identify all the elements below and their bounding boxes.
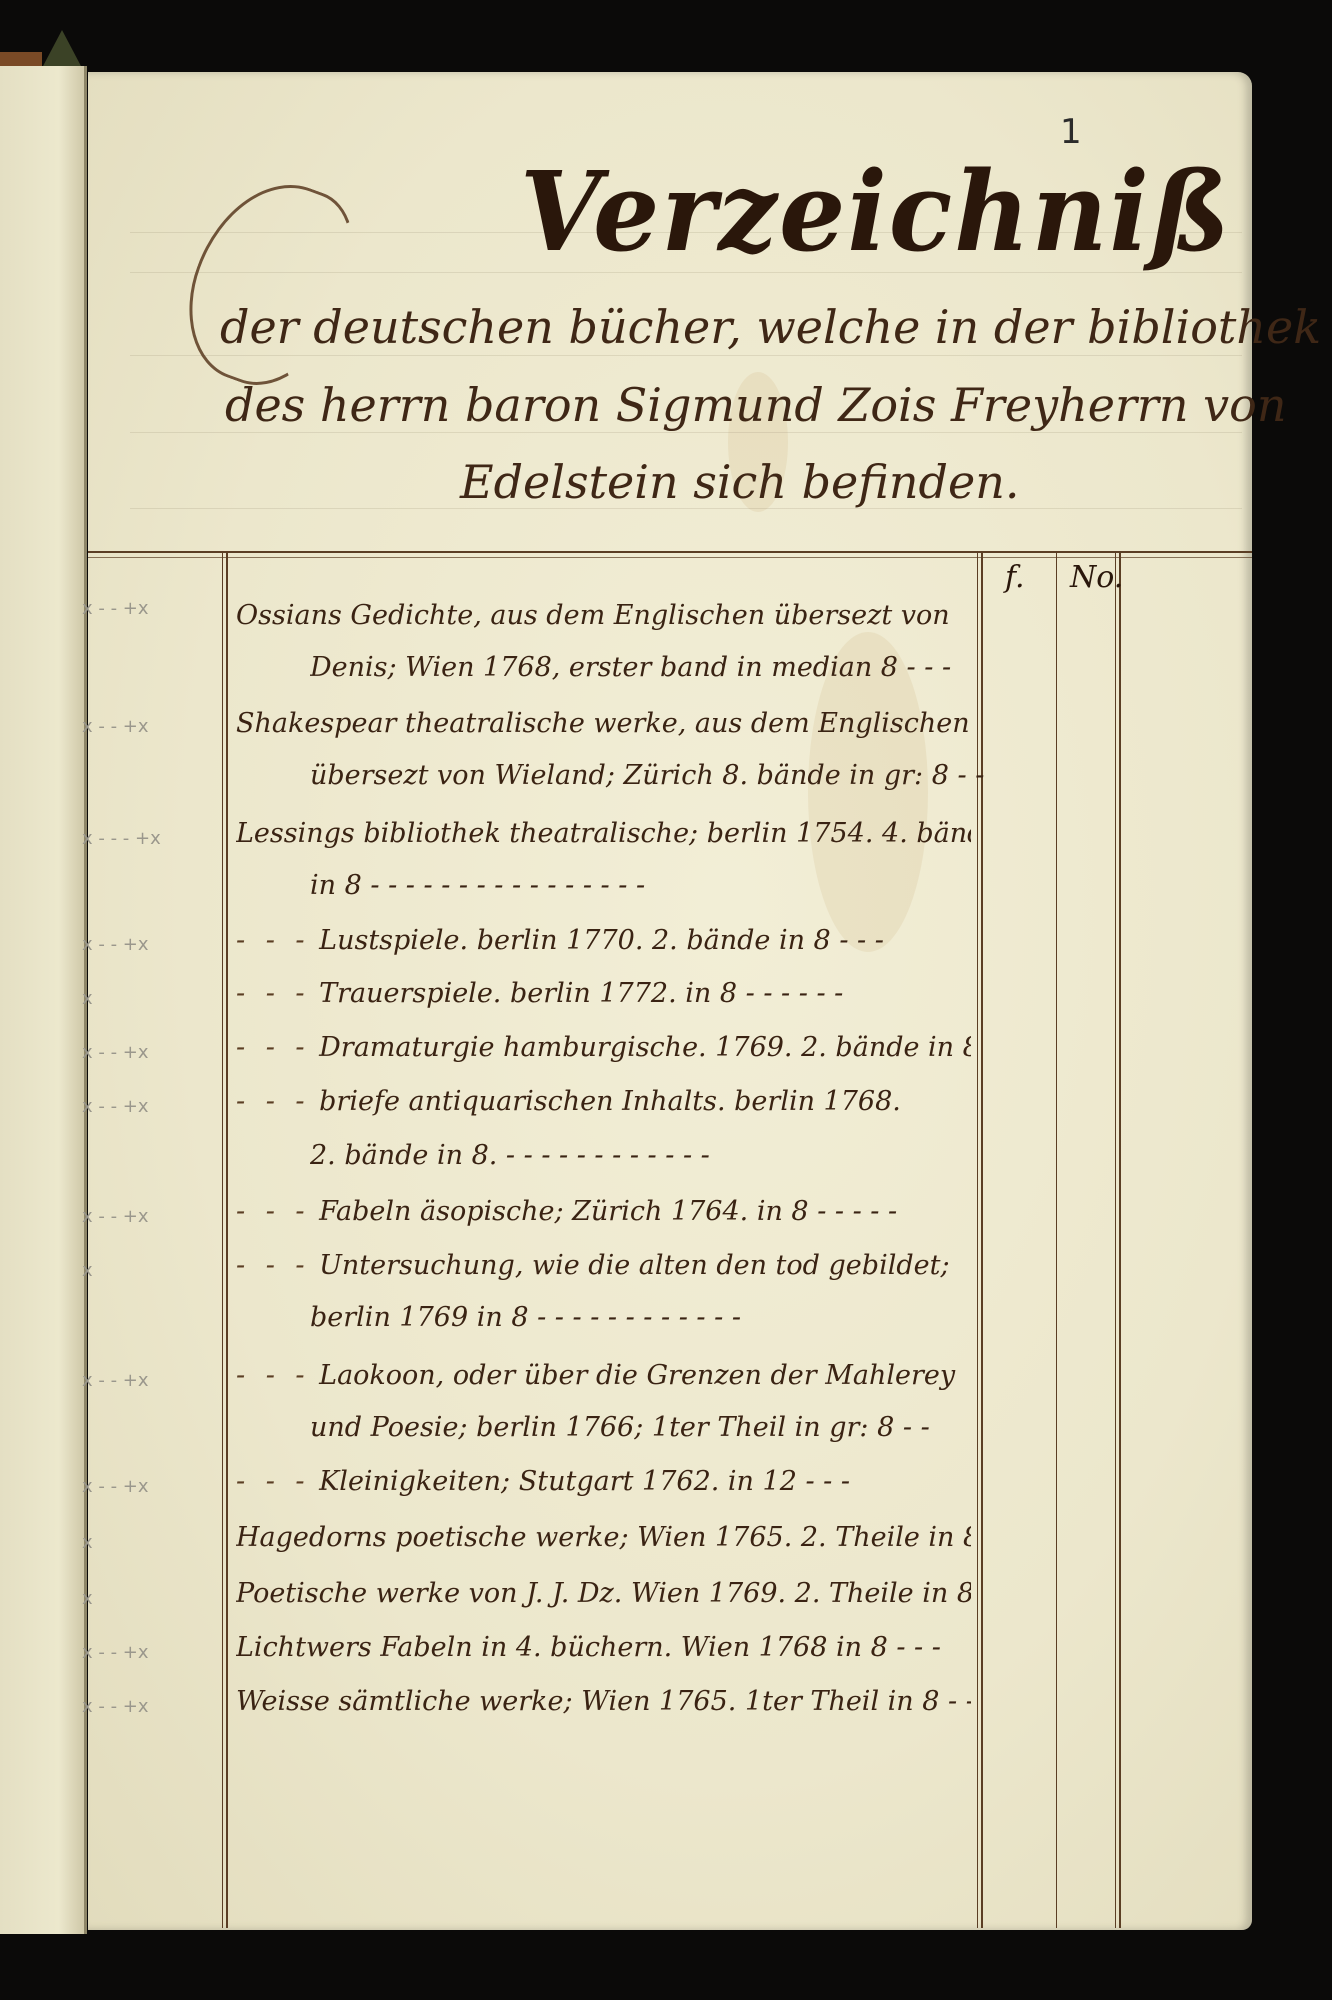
column-rule-left-outer xyxy=(222,552,223,1928)
pencil-margin-mark: x - - +x xyxy=(82,1096,149,1117)
pencil-margin-mark: x xyxy=(82,988,93,1009)
entry-text: 2. bände in 8. - - - - - - - - - - - - xyxy=(310,1140,710,1171)
entry-text: berlin 1769 in 8 - - - - - - - - - - - - xyxy=(310,1302,741,1333)
pencil-margin-mark: x - - +x xyxy=(82,716,149,737)
table-top-rule xyxy=(88,551,1252,553)
entry-text: Poetische werke von J. J. Dz. Wien 1769.… xyxy=(236,1578,971,1609)
entry-text: Ossians Gedichte, aus dem Englischen übe… xyxy=(236,600,950,631)
pencil-margin-mark: x - - +x xyxy=(82,934,149,955)
pencil-margin-mark: x - - +x xyxy=(82,1476,149,1497)
table-row: Weisse sämtliche werke; Wien 1765. 1ter … xyxy=(236,1686,971,1717)
ditto-dashes: - - - xyxy=(236,1250,311,1281)
table-row: Lichtwers Fabeln in 4. büchern. Wien 176… xyxy=(236,1632,971,1663)
pencil-margin-mark: x - - +x xyxy=(82,1042,149,1063)
faint-ruling xyxy=(130,432,1242,433)
column-rule-number-outer xyxy=(1115,552,1116,1928)
table-row: - - - briefe antiquarischen Inhalts. ber… xyxy=(236,1086,971,1117)
table-row: Shakespear theatralische werke, aus dem … xyxy=(236,708,971,739)
entry-text: übersezt von Wieland; Zürich 8. bände in… xyxy=(310,760,984,791)
table-row: - - - Dramaturgie hamburgische. 1769. 2.… xyxy=(236,1032,971,1063)
entry-text: Untersuchung, wie die alten den tod gebi… xyxy=(319,1250,949,1281)
entry-text: Denis; Wien 1768, erster band in median … xyxy=(310,652,951,683)
entry-text: Lustspiele. berlin 1770. 2. bände in 8 -… xyxy=(319,925,884,956)
entry-text: briefe antiquarischen Inhalts. berlin 17… xyxy=(319,1086,901,1117)
ditto-dashes: - - - xyxy=(236,925,311,956)
column-rule-folio xyxy=(1056,552,1057,1928)
table-row: 2. bände in 8. - - - - - - - - - - - - xyxy=(310,1140,1045,1171)
facing-page-edge xyxy=(0,66,87,1934)
pencil-margin-mark: x xyxy=(82,1532,93,1553)
table-row: berlin 1769 in 8 - - - - - - - - - - - - xyxy=(310,1302,1045,1333)
entry-text: Lessings bibliothek theatralische; berli… xyxy=(236,818,971,849)
column-rule-number-inner xyxy=(1119,552,1121,1928)
entry-text: Kleinigkeiten; Stutgart 1762. in 12 - - … xyxy=(319,1466,850,1497)
entry-text: Laokoon, oder über die Grenzen der Mahle… xyxy=(319,1360,955,1391)
ditto-dashes: - - - xyxy=(236,1196,311,1227)
table-row: übersezt von Wieland; Zürich 8. bände in… xyxy=(310,760,1045,791)
ditto-dashes: - - - xyxy=(236,1360,311,1391)
ditto-dashes: - - - xyxy=(236,978,311,1009)
pencil-margin-mark: x - - +x xyxy=(82,1642,149,1663)
table-row: - - - Kleinigkeiten; Stutgart 1762. in 1… xyxy=(236,1466,971,1497)
heading-line-3: Edelstein sich befinden. xyxy=(460,455,1019,509)
table-row: in 8 - - - - - - - - - - - - - - - - xyxy=(310,870,1045,901)
table-row: Lessings bibliothek theatralische; berli… xyxy=(236,818,971,849)
entry-text: in 8 - - - - - - - - - - - - - - - - xyxy=(310,870,645,901)
ditto-dashes: - - - xyxy=(236,1086,311,1117)
page-title: Verzeichniß xyxy=(520,147,1232,276)
entry-text: Weisse sämtliche werke; Wien 1765. 1ter … xyxy=(236,1686,971,1717)
entry-text: Lichtwers Fabeln in 4. büchern. Wien 176… xyxy=(236,1632,941,1663)
table-row: - - - Untersuchung, wie die alten den to… xyxy=(236,1250,971,1281)
book-cover-fabric xyxy=(42,30,82,68)
pencil-margin-mark: x - - - +x xyxy=(82,828,161,849)
column-header-folio: f. xyxy=(1005,560,1025,595)
table-top-rule-thin xyxy=(88,557,1252,558)
entry-text: Trauerspiele. berlin 1772. in 8 - - - - … xyxy=(319,978,843,1009)
pencil-margin-mark: x - - +x xyxy=(82,1206,149,1227)
column-rule-left-inner xyxy=(226,552,228,1928)
table-row: und Poesie; berlin 1766; 1ter Theil in g… xyxy=(310,1412,1045,1443)
pencil-margin-mark: x - - +x xyxy=(82,1370,149,1391)
table-row: - - - Fabeln äsopische; Zürich 1764. in … xyxy=(236,1196,971,1227)
entry-text: Shakespear theatralische werke, aus dem … xyxy=(236,708,970,739)
column-rule-text-right-inner xyxy=(981,552,983,1928)
entry-text: Fabeln äsopische; Zürich 1764. in 8 - - … xyxy=(319,1196,897,1227)
entry-text: Hagedorns poetische werke; Wien 1765. 2.… xyxy=(236,1522,971,1553)
pencil-margin-mark: x - - +x xyxy=(82,1696,149,1717)
table-row: Hagedorns poetische werke; Wien 1765. 2.… xyxy=(236,1522,971,1553)
heading-line-2: des herrn baron Sigmund Zois Freyherrn v… xyxy=(225,378,1286,432)
table-row: Poetische werke von J. J. Dz. Wien 1769.… xyxy=(236,1578,971,1609)
entry-text: Dramaturgie hamburgische. 1769. 2. bände… xyxy=(319,1032,971,1063)
entry-text: und Poesie; berlin 1766; 1ter Theil in g… xyxy=(310,1412,930,1443)
table-row: Denis; Wien 1768, erster band in median … xyxy=(310,652,1045,683)
pencil-margin-mark: x - - +x xyxy=(82,598,149,619)
table-row: - - - Trauerspiele. berlin 1772. in 8 - … xyxy=(236,978,971,1009)
table-row: - - - Lustspiele. berlin 1770. 2. bände … xyxy=(236,925,971,956)
heading-line-1: der deutschen bücher, welche in der bibl… xyxy=(220,300,1321,354)
book-cover-corner xyxy=(0,52,42,66)
pencil-margin-mark: x xyxy=(82,1588,93,1609)
table-row: Ossians Gedichte, aus dem Englischen übe… xyxy=(236,600,971,631)
ditto-dashes: - - - xyxy=(236,1032,311,1063)
pencil-margin-mark: x xyxy=(82,1260,93,1281)
table-row: - - - Laokoon, oder über die Grenzen der… xyxy=(236,1360,971,1391)
column-header-number: No. xyxy=(1070,560,1123,595)
column-rule-text-right-outer xyxy=(977,552,978,1928)
ditto-dashes: - - - xyxy=(236,1466,311,1497)
